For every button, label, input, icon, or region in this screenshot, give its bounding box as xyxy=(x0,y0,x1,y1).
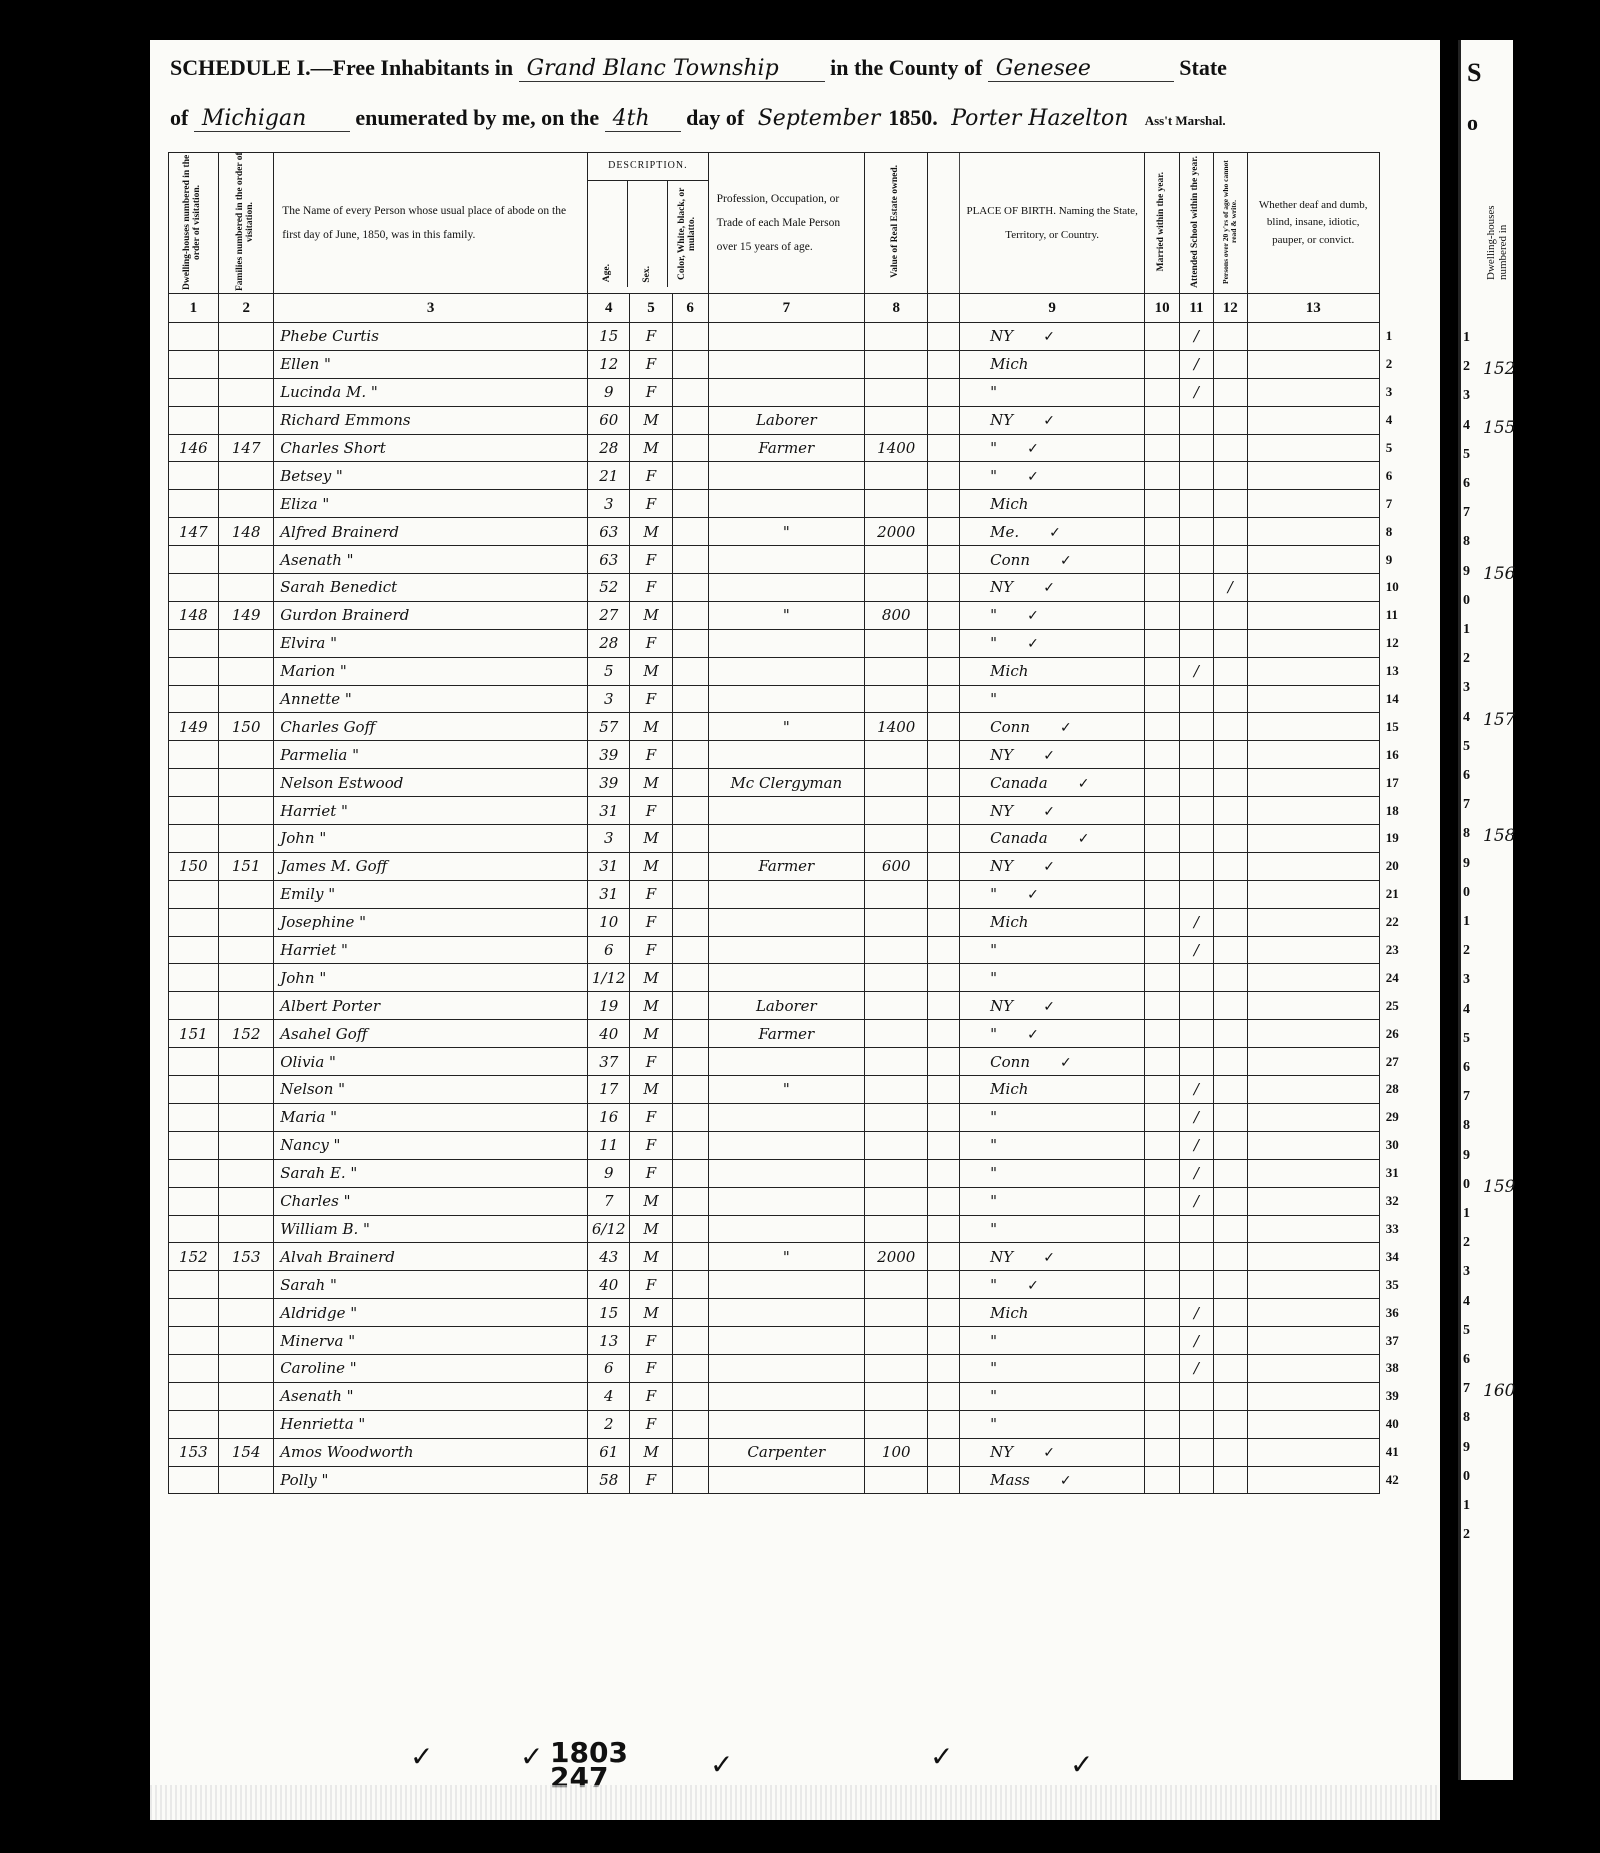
color xyxy=(672,1466,708,1494)
occupation: Farmer xyxy=(708,434,864,462)
person-name: Annette " xyxy=(274,685,588,713)
color xyxy=(672,378,708,406)
sex: F xyxy=(630,1159,672,1187)
cannot-read-write xyxy=(1213,546,1247,574)
person-name: Alvah Brainerd xyxy=(274,1243,588,1271)
spacer xyxy=(928,574,960,602)
dwelling-number xyxy=(168,1159,219,1187)
adjacent-line-number: 6 xyxy=(1463,1352,1470,1368)
check-mark-icon: ✓ xyxy=(1049,525,1061,541)
adjacent-dwelling-number: 159 xyxy=(1483,1177,1515,1197)
spacer xyxy=(928,1215,960,1243)
family-number xyxy=(219,1103,274,1131)
attended-school xyxy=(1180,629,1214,657)
spacer xyxy=(928,462,960,490)
sex: M xyxy=(630,992,672,1020)
person-name: Asahel Goff xyxy=(274,1020,588,1048)
married xyxy=(1145,434,1180,462)
adjacent-line-number: 9 xyxy=(1463,856,1470,872)
line-number-right: 2 xyxy=(1379,350,1428,378)
family-number xyxy=(219,797,274,825)
table-row: 25Albert Porter19MLaborerNY✓25 xyxy=(168,992,1428,1020)
sex: F xyxy=(630,1354,672,1382)
real-estate-value: 600 xyxy=(865,852,928,880)
attended-school xyxy=(1180,1410,1214,1438)
family-number xyxy=(219,1187,274,1215)
occupation xyxy=(708,1327,864,1355)
occupation: Carpenter xyxy=(708,1438,864,1466)
family-number xyxy=(219,964,274,992)
dwelling-number xyxy=(168,1131,219,1159)
cannot-read-write xyxy=(1213,1159,1247,1187)
spacer xyxy=(928,378,960,406)
adjacent-line-number: 5 xyxy=(1463,447,1470,463)
married xyxy=(1145,964,1180,992)
line-number-right: 5 xyxy=(1379,434,1428,462)
infirmity xyxy=(1247,657,1379,685)
attended-school: / xyxy=(1180,1354,1214,1382)
dwelling-number xyxy=(168,1215,219,1243)
dwelling-number: 149 xyxy=(168,713,219,741)
occupation: Laborer xyxy=(708,992,864,1020)
infirmity xyxy=(1247,1466,1379,1494)
occupation: Farmer xyxy=(708,1020,864,1048)
sex: M xyxy=(630,1243,672,1271)
real-estate-value xyxy=(865,1020,928,1048)
age: 1/12 xyxy=(588,964,630,992)
attended-school xyxy=(1180,1048,1214,1076)
occupation xyxy=(708,629,864,657)
sex: F xyxy=(630,1048,672,1076)
table-row: 7Eliza "3FMich7 xyxy=(168,490,1428,518)
person-name: William B. " xyxy=(274,1215,588,1243)
spacer xyxy=(928,713,960,741)
occupation xyxy=(708,1048,864,1076)
line-number-right: 25 xyxy=(1379,992,1428,1020)
attended-school xyxy=(1180,852,1214,880)
color xyxy=(672,769,708,797)
dwelling-number xyxy=(168,908,219,936)
infirmity xyxy=(1247,378,1379,406)
check-mark-icon: ✓ xyxy=(1043,329,1055,345)
age: 6 xyxy=(588,936,630,964)
table-row: 30Nancy "11F"/30 xyxy=(168,1131,1428,1159)
occupation xyxy=(708,880,864,908)
birthplace: Conn✓ xyxy=(960,546,1145,574)
family-number xyxy=(219,657,274,685)
occupation xyxy=(708,1215,864,1243)
adjacent-line-number: 0 xyxy=(1463,1469,1470,1485)
occupation: " xyxy=(708,1243,864,1271)
real-estate-value xyxy=(865,629,928,657)
attended-school xyxy=(1180,741,1214,769)
real-estate-value xyxy=(865,1354,928,1382)
cannot-read-write xyxy=(1213,1215,1247,1243)
birthplace: "✓ xyxy=(960,880,1145,908)
spacer xyxy=(928,406,960,434)
birthplace: "✓ xyxy=(960,601,1145,629)
person-name: Sarah Benedict xyxy=(274,574,588,602)
cannot-read-write xyxy=(1213,797,1247,825)
attended-school xyxy=(1180,1438,1214,1466)
cannot-read-write xyxy=(1213,629,1247,657)
county-label: in the County of xyxy=(830,55,982,80)
cannot-read-write xyxy=(1213,936,1247,964)
table-row: 4Richard Emmons60MLaborerNY✓4 xyxy=(168,406,1428,434)
check-mark-icon: ✓ xyxy=(1060,1055,1072,1071)
cannot-read-write xyxy=(1213,601,1247,629)
birthplace: " xyxy=(960,1159,1145,1187)
real-estate-value xyxy=(865,406,928,434)
married xyxy=(1145,1103,1180,1131)
color xyxy=(672,1354,708,1382)
dwelling-number xyxy=(168,629,219,657)
dwelling-number xyxy=(168,1299,219,1327)
adjacent-line-number: 7 xyxy=(1463,505,1470,521)
age: 6/12 xyxy=(588,1215,630,1243)
attended-school: / xyxy=(1180,1103,1214,1131)
check-mark-icon: ✓ xyxy=(1043,804,1055,820)
married xyxy=(1145,462,1180,490)
check-mark-icon: ✓ xyxy=(1043,580,1055,596)
family-number xyxy=(219,1131,274,1159)
color xyxy=(672,1243,708,1271)
check-mark-icon: ✓ xyxy=(1027,1278,1039,1294)
spacer xyxy=(928,323,960,351)
age: 58 xyxy=(588,1466,630,1494)
check-mark-icon: ✓ xyxy=(1043,748,1055,764)
real-estate-value xyxy=(865,1048,928,1076)
sex: M xyxy=(630,657,672,685)
family-number xyxy=(219,741,274,769)
cannot-read-write xyxy=(1213,378,1247,406)
adjacent-line-number: 3 xyxy=(1463,1264,1470,1280)
sex: F xyxy=(630,574,672,602)
check-mark-icon: ✓ xyxy=(1043,413,1055,429)
occupation: " xyxy=(708,518,864,546)
attended-school: / xyxy=(1180,1187,1214,1215)
adjacent-line-number: 3 xyxy=(1463,388,1470,404)
person-name: Sarah " xyxy=(274,1271,588,1299)
real-estate-value xyxy=(865,964,928,992)
adjacent-of-label: o xyxy=(1467,110,1478,136)
header-sex: Sex. xyxy=(643,266,653,283)
table-row: 39Asenath "4F"39 xyxy=(168,1382,1428,1410)
real-estate-value xyxy=(865,908,928,936)
sex: F xyxy=(630,629,672,657)
table-row: 33William B. "6/12M"33 xyxy=(168,1215,1428,1243)
married xyxy=(1145,657,1180,685)
spacer xyxy=(928,434,960,462)
spacer xyxy=(928,908,960,936)
infirmity xyxy=(1247,1103,1379,1131)
age: 21 xyxy=(588,462,630,490)
attended-school xyxy=(1180,518,1214,546)
header-occupation: Profession, Occupation, or Trade of each… xyxy=(708,153,864,294)
birthplace: Mich xyxy=(960,908,1145,936)
birthplace: " xyxy=(960,1327,1145,1355)
age: 2 xyxy=(588,1410,630,1438)
family-number xyxy=(219,323,274,351)
infirmity xyxy=(1247,769,1379,797)
birthplace: Mich xyxy=(960,1299,1145,1327)
birthplace: NY✓ xyxy=(960,797,1145,825)
attended-school: / xyxy=(1180,1327,1214,1355)
married xyxy=(1145,713,1180,741)
birthplace: NY✓ xyxy=(960,406,1145,434)
dwelling-number xyxy=(168,462,219,490)
scan-noise xyxy=(150,1785,1440,1820)
color xyxy=(672,601,708,629)
line-number-right: 30 xyxy=(1379,1131,1428,1159)
family-number xyxy=(219,1354,274,1382)
occupation xyxy=(708,546,864,574)
family-number xyxy=(219,462,274,490)
occupation xyxy=(708,797,864,825)
color xyxy=(672,1438,708,1466)
family-number xyxy=(219,1299,274,1327)
township-field: Grand Blanc Township xyxy=(519,56,825,82)
header-birthplace: PLACE OF BIRTH. Naming the State, Territ… xyxy=(960,153,1145,294)
birthplace: Canada✓ xyxy=(960,825,1145,853)
birthplace: " xyxy=(960,1131,1145,1159)
table-row: 2Ellen "12FMich/2 xyxy=(168,350,1428,378)
person-name: Nelson " xyxy=(274,1076,588,1104)
line-number-right: 32 xyxy=(1379,1187,1428,1215)
family-number xyxy=(219,490,274,518)
married xyxy=(1145,1466,1180,1494)
cannot-read-write xyxy=(1213,852,1247,880)
attended-school xyxy=(1180,574,1214,602)
adjacent-line-number: 3 xyxy=(1463,972,1470,988)
person-name: Ellen " xyxy=(274,350,588,378)
adjacent-dwelling-number: 155 xyxy=(1483,418,1515,438)
person-name: Nelson Estwood xyxy=(274,769,588,797)
married xyxy=(1145,992,1180,1020)
sex: F xyxy=(630,1410,672,1438)
married xyxy=(1145,378,1180,406)
spacer xyxy=(928,936,960,964)
check-mark: ✓ xyxy=(520,1740,543,1773)
spacer xyxy=(928,852,960,880)
spacer xyxy=(928,1020,960,1048)
cannot-read-write xyxy=(1213,713,1247,741)
spacer xyxy=(928,1048,960,1076)
married xyxy=(1145,936,1180,964)
dwelling-number xyxy=(168,1410,219,1438)
dwelling-number xyxy=(168,490,219,518)
year-label: 1850. xyxy=(888,105,938,130)
infirmity xyxy=(1247,992,1379,1020)
married xyxy=(1145,741,1180,769)
adjacent-line-number: 1 xyxy=(1463,1498,1470,1514)
header-school: Attended School within the year. xyxy=(1180,153,1214,294)
line-number-right: 34 xyxy=(1379,1243,1428,1271)
cannot-read-write xyxy=(1213,992,1247,1020)
cannot-read-write xyxy=(1213,741,1247,769)
occupation xyxy=(708,1187,864,1215)
adjacent-line-number: 5 xyxy=(1463,1031,1470,1047)
adjacent-line-number: 0 xyxy=(1463,593,1470,609)
person-name: Richard Emmons xyxy=(274,406,588,434)
dwelling-number xyxy=(168,1354,219,1382)
line-number-right: 13 xyxy=(1379,657,1428,685)
line-number-right: 16 xyxy=(1379,741,1428,769)
dwelling-number xyxy=(168,797,219,825)
check-mark-icon: ✓ xyxy=(1043,1445,1055,1461)
infirmity xyxy=(1247,1131,1379,1159)
infirmity xyxy=(1247,1159,1379,1187)
spacer xyxy=(928,1354,960,1382)
cannot-read-write xyxy=(1213,685,1247,713)
line-number-right: 22 xyxy=(1379,908,1428,936)
person-name: John " xyxy=(274,964,588,992)
adjacent-line-number: 2 xyxy=(1463,359,1470,375)
color xyxy=(672,462,708,490)
spacer xyxy=(928,1410,960,1438)
person-name: Albert Porter xyxy=(274,992,588,1020)
spacer xyxy=(928,1243,960,1271)
married xyxy=(1145,1215,1180,1243)
sex: M xyxy=(630,1215,672,1243)
table-row: 11148149Gurdon Brainerd27M"800"✓11 xyxy=(168,601,1428,629)
real-estate-value xyxy=(865,936,928,964)
family-number xyxy=(219,406,274,434)
adjacent-line-number: 1 xyxy=(1463,1206,1470,1222)
table-row: 28Nelson "17M"Mich/28 xyxy=(168,1076,1428,1104)
occupation xyxy=(708,350,864,378)
real-estate-value xyxy=(865,1299,928,1327)
line-number-right: 41 xyxy=(1379,1438,1428,1466)
line-number-right: 27 xyxy=(1379,1048,1428,1076)
real-estate-value xyxy=(865,323,928,351)
check-mark-icon: ✓ xyxy=(1027,1027,1039,1043)
table-row: 23Harriet "6F"/23 xyxy=(168,936,1428,964)
cannot-read-write xyxy=(1213,964,1247,992)
spacer xyxy=(928,685,960,713)
sex: F xyxy=(630,546,672,574)
dwelling-number xyxy=(168,350,219,378)
infirmity xyxy=(1247,629,1379,657)
spacer xyxy=(928,1271,960,1299)
dwelling-number xyxy=(168,574,219,602)
age: 40 xyxy=(588,1020,630,1048)
married xyxy=(1145,629,1180,657)
occupation: " xyxy=(708,713,864,741)
table-row: 3Lucinda M. "9F"/3 xyxy=(168,378,1428,406)
adjacent-line-number: 7 xyxy=(1463,1381,1470,1397)
occupation xyxy=(708,908,864,936)
table-row: 20150151James M. Goff31MFarmer600NY✓20 xyxy=(168,852,1428,880)
real-estate-value xyxy=(865,378,928,406)
dwelling-number xyxy=(168,825,219,853)
color xyxy=(672,657,708,685)
adjacent-line-number: 8 xyxy=(1463,1118,1470,1134)
age: 17 xyxy=(588,1076,630,1104)
age: 6 xyxy=(588,1354,630,1382)
spacer xyxy=(928,1076,960,1104)
married xyxy=(1145,406,1180,434)
infirmity xyxy=(1247,1215,1379,1243)
dwelling-number: 147 xyxy=(168,518,219,546)
color xyxy=(672,406,708,434)
age: 15 xyxy=(588,1299,630,1327)
check-mark-icon: ✓ xyxy=(1027,441,1039,457)
color xyxy=(672,434,708,462)
birthplace: " xyxy=(960,378,1145,406)
color xyxy=(672,1159,708,1187)
married xyxy=(1145,685,1180,713)
cannot-read-write xyxy=(1213,1271,1247,1299)
birthplace: "✓ xyxy=(960,629,1145,657)
married xyxy=(1145,1410,1180,1438)
occupation xyxy=(708,1103,864,1131)
line-number-right: 1 xyxy=(1379,323,1428,351)
occupation xyxy=(708,657,864,685)
family-number xyxy=(219,1048,274,1076)
infirmity xyxy=(1247,908,1379,936)
person-name: Lucinda M. " xyxy=(274,378,588,406)
check-mark-icon: ✓ xyxy=(1027,469,1039,485)
age: 9 xyxy=(588,378,630,406)
of-label: of xyxy=(170,105,188,130)
real-estate-value xyxy=(865,657,928,685)
occupation xyxy=(708,685,864,713)
family-number xyxy=(219,908,274,936)
person-name: Betsey " xyxy=(274,462,588,490)
adjacent-line-number: 9 xyxy=(1463,1148,1470,1164)
table-row: 35Sarah "40F"✓35 xyxy=(168,1271,1428,1299)
dwelling-number: 148 xyxy=(168,601,219,629)
header-dwelling: Dwelling-houses numbered in the order of… xyxy=(168,153,219,294)
age: 4 xyxy=(588,1382,630,1410)
person-name: Nancy " xyxy=(274,1131,588,1159)
married xyxy=(1145,1020,1180,1048)
cannot-read-write xyxy=(1213,1382,1247,1410)
cannot-read-write xyxy=(1213,657,1247,685)
age: 3 xyxy=(588,825,630,853)
sex: F xyxy=(630,323,672,351)
family-number xyxy=(219,1410,274,1438)
check-mark: ✓ xyxy=(710,1748,733,1781)
married xyxy=(1145,1076,1180,1104)
occupation xyxy=(708,1410,864,1438)
table-row: 36Aldridge "15MMich/36 xyxy=(168,1299,1428,1327)
cannot-read-write xyxy=(1213,769,1247,797)
birthplace: Mass✓ xyxy=(960,1466,1145,1494)
real-estate-value xyxy=(865,1187,928,1215)
check-mark-icon: ✓ xyxy=(1043,859,1055,875)
color xyxy=(672,1410,708,1438)
census-table: Dwelling-houses numbered in the order of… xyxy=(168,152,1428,1494)
family-number: 154 xyxy=(219,1438,274,1466)
adjacent-line-number: 1 xyxy=(1463,330,1470,346)
birthplace: NY✓ xyxy=(960,1438,1145,1466)
color xyxy=(672,1299,708,1327)
adjacent-line-number: 9 xyxy=(1463,1440,1470,1456)
family-number: 152 xyxy=(219,1020,274,1048)
color xyxy=(672,880,708,908)
color xyxy=(672,713,708,741)
infirmity xyxy=(1247,462,1379,490)
attended-school xyxy=(1180,490,1214,518)
line-number-right: 28 xyxy=(1379,1076,1428,1104)
table-row: 18Harriet "31FNY✓18 xyxy=(168,797,1428,825)
adjacent-header: S xyxy=(1467,58,1481,88)
sex: F xyxy=(630,1327,672,1355)
age: 40 xyxy=(588,1271,630,1299)
infirmity xyxy=(1247,1327,1379,1355)
